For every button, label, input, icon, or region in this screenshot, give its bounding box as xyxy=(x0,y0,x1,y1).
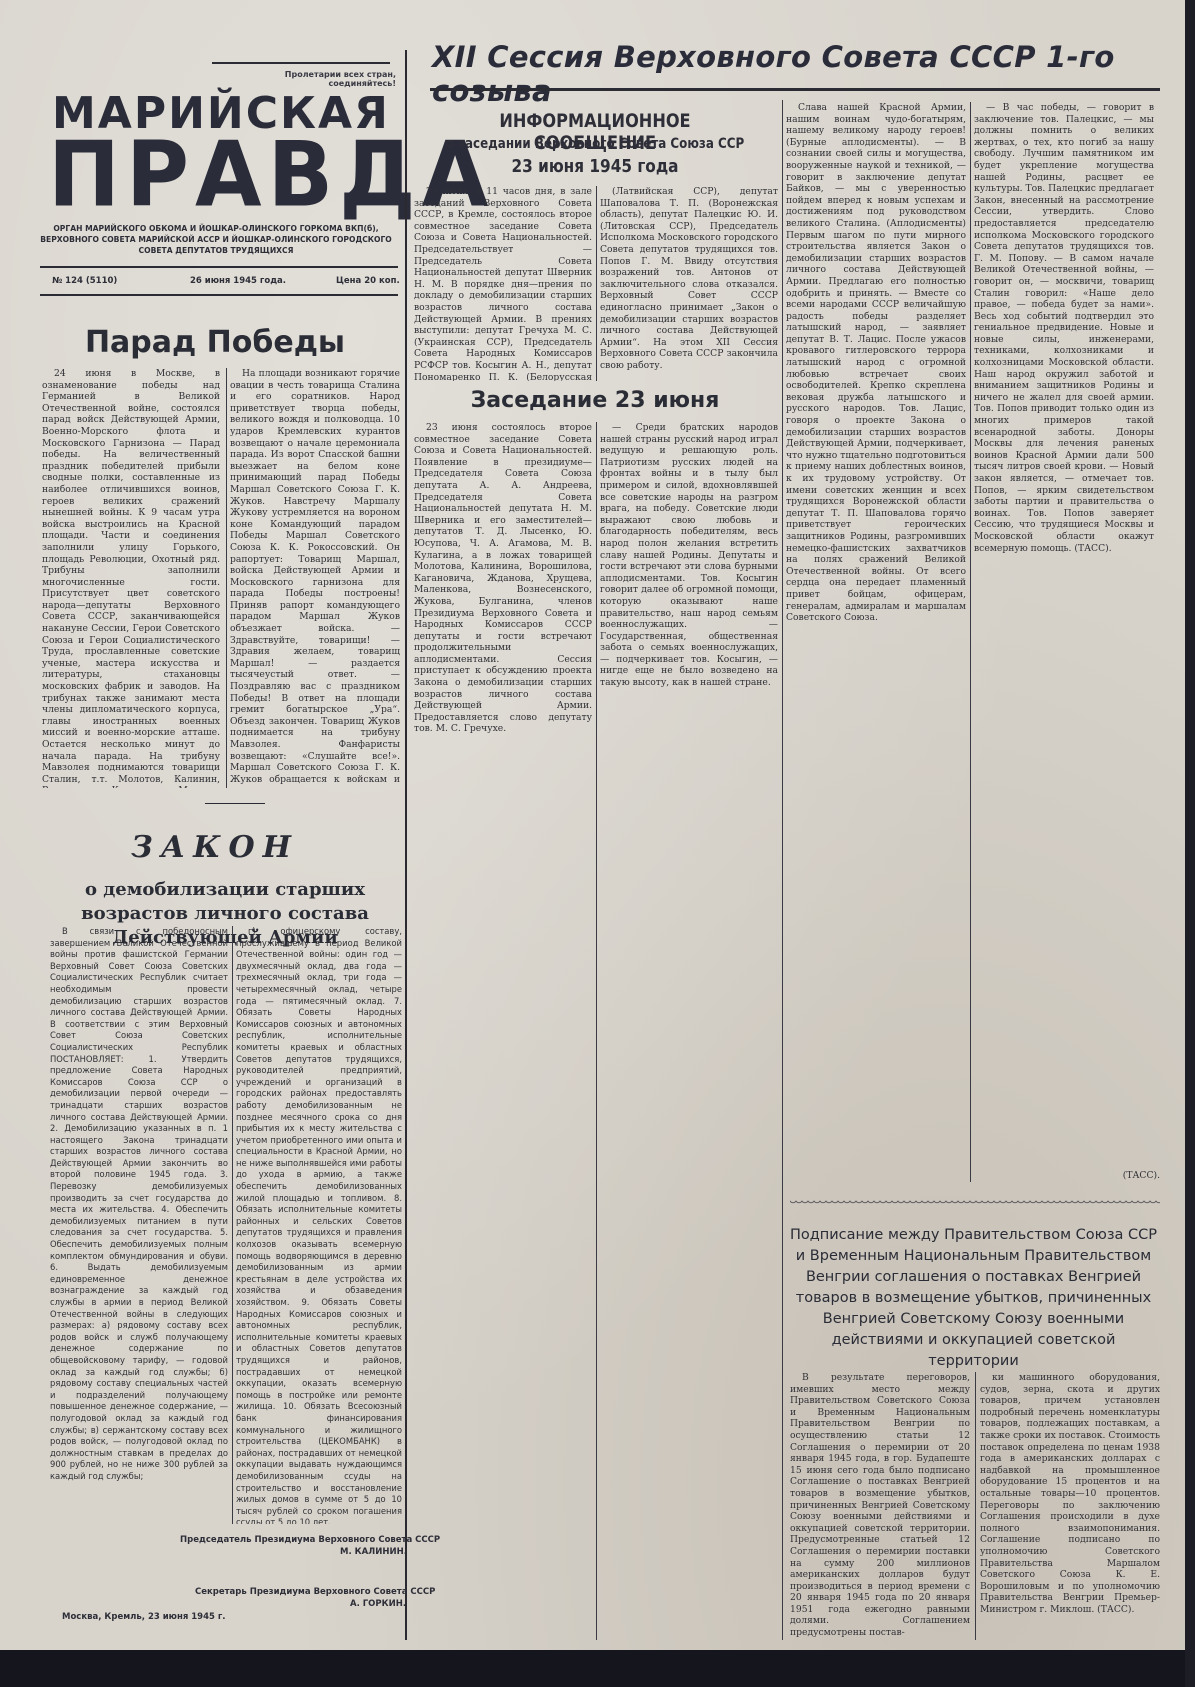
parade-col1: 24 июня в Москве, в ознаменование победы… xyxy=(42,368,220,788)
tass-credit: (ТАСС). xyxy=(1100,1170,1160,1182)
info-message-col2-text: (Латвийская ССР), депутат Шаповалова Т. … xyxy=(600,186,778,372)
hungary-col2-text: ки машинного оборудования, судов, зерна,… xyxy=(980,1372,1160,1615)
signature2-role: Секретарь Президиума Верховного Совета С… xyxy=(195,1587,435,1597)
info-message-date: 23 июня 1945 года xyxy=(438,156,753,177)
issue-price: Цена 20 коп. xyxy=(336,276,400,286)
law-col2-text: г) офицерскому составу, прослужившему в … xyxy=(236,926,402,1524)
right-col1-text: Слава нашей Красной Армии, нашим воинам … xyxy=(786,102,966,624)
newspaper-page: Пролетарии всех стран, соединяйтесь! МАР… xyxy=(0,0,1185,1650)
issue-number: № 124 (5110) xyxy=(52,276,117,286)
signature1-name: М. КАЛИНИН. xyxy=(340,1547,407,1557)
session-report-col2-text: — Среди братских народов нашей страны ру… xyxy=(600,422,778,689)
scan-border-bottom xyxy=(0,1650,1195,1687)
parade-title: Парад Победы xyxy=(30,325,400,360)
parade-col1-text: 24 июня в Москве, в ознаменование победы… xyxy=(42,368,220,788)
hungary-agreement-title: Подписание между Правительством Союза СС… xyxy=(786,1225,1161,1372)
column-divider xyxy=(596,422,597,1640)
signature2-name: А. ГОРКИН. xyxy=(350,1599,406,1609)
scan-border-right xyxy=(1185,0,1195,1687)
wavy-divider xyxy=(790,1200,1160,1206)
masthead-rule-top xyxy=(40,266,398,268)
main-column-divider xyxy=(405,50,407,1640)
hungary-col1: В результате переговоров, имевших место … xyxy=(790,1372,970,1640)
law-col1-text: В связи с победоносным завершением Велик… xyxy=(50,926,228,1483)
hungary-col2: ки машинного оборудования, судов, зерна,… xyxy=(980,1372,1160,1640)
masthead-rule-bottom xyxy=(40,294,398,296)
law-col2: г) офицерскому составу, прослужившему в … xyxy=(236,926,402,1524)
masthead-organ: ОРГАН МАРИЙСКОГО ОБКОМА И ЙОШКАР-ОЛИНСКО… xyxy=(36,223,396,256)
law-col1: В связи с победоносным завершением Велик… xyxy=(50,926,228,1501)
session-report-col1: 23 июня состоялось второе совместное зас… xyxy=(414,422,592,1642)
session-report-title: Заседание 23 июня xyxy=(410,388,780,413)
session-report-col2: — Среди братских народов нашей страны ру… xyxy=(600,422,778,1642)
session-report-col1-text: 23 июня состоялось второе совместное зас… xyxy=(414,422,592,735)
info-message-col1-text: 23 июня, в 11 часов дня, в зале заседани… xyxy=(414,186,592,381)
parade-col2: На площади возникают горячие овации в че… xyxy=(230,368,400,788)
column-divider xyxy=(596,186,597,381)
motto: Пролетарии всех стран, соединяйтесь! xyxy=(226,70,396,88)
law-title: ЗАКОН xyxy=(30,830,400,865)
issue-date: 26 июня 1945 года. xyxy=(190,276,286,286)
section-rule xyxy=(205,803,265,804)
column-divider xyxy=(226,368,227,788)
right-col2-text: — В час победы, — говорит в заключение т… xyxy=(974,102,1154,554)
column-divider xyxy=(975,1372,976,1640)
column-divider xyxy=(970,102,971,1182)
parade-col2-text: На площади возникают горячие овации в че… xyxy=(230,368,400,788)
info-message-subtitle: о заседании Верховного Совета Союза ССР xyxy=(438,136,753,152)
right-col2: — В час победы, — говорит в заключение т… xyxy=(974,102,1154,1162)
motto-rule xyxy=(212,62,390,64)
info-message-col1: 23 июня, в 11 часов дня, в зале заседани… xyxy=(414,186,592,381)
hungary-col1-text: В результате переговоров, имевших место … xyxy=(790,1372,970,1639)
right-col1: Слава нашей Красной Армии, нашим воинам … xyxy=(786,102,966,1182)
column-divider xyxy=(782,100,783,1640)
column-divider xyxy=(232,926,233,1524)
signature1-role: Председатель Президиума Верховного Совет… xyxy=(180,1535,440,1545)
banner-rule xyxy=(430,88,1160,91)
law-place-date: Москва, Кремль, 23 июня 1945 г. xyxy=(62,1612,226,1622)
session-banner: XII Сессия Верховного Совета СССР 1-го с… xyxy=(432,40,1152,108)
info-message-col2: (Латвийская ССР), депутат Шаповалова Т. … xyxy=(600,186,778,381)
